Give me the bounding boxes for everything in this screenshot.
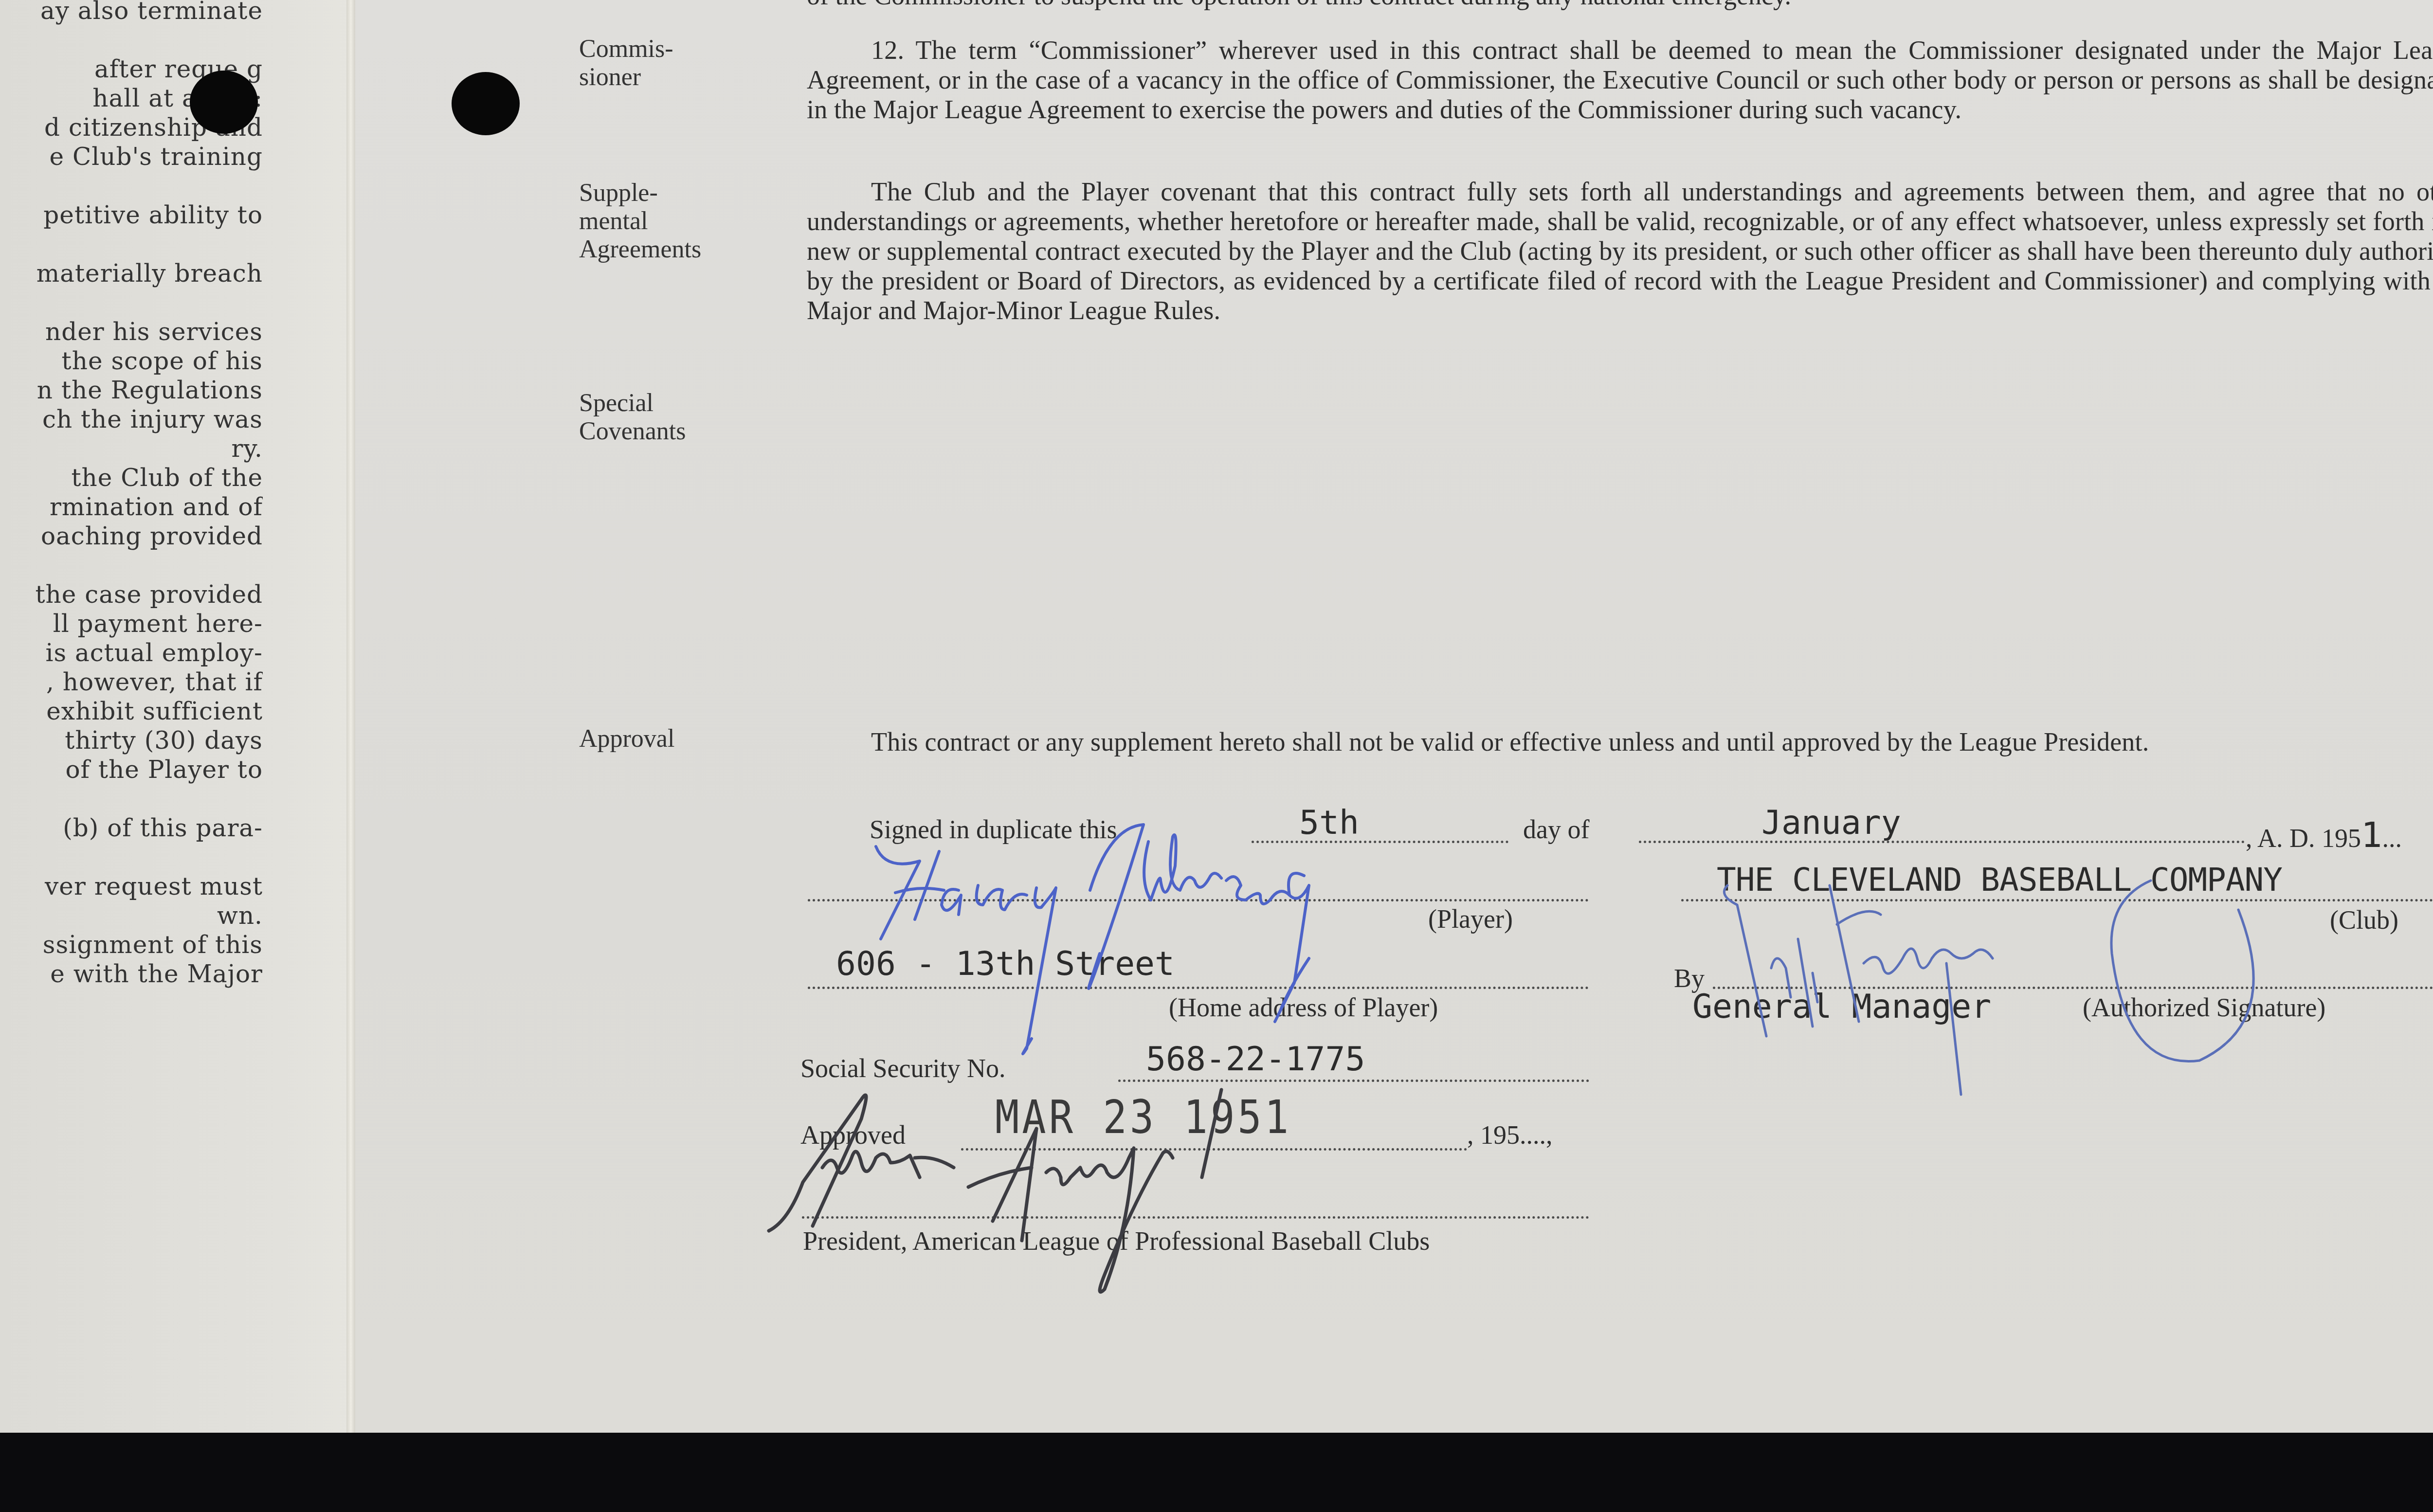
left-page-line [0,784,263,813]
left-page-line: is actual employ- [0,638,263,667]
left-page-line: the scope of his [0,346,263,376]
cut-off-line: of the Commissioner to suspend the opera… [807,0,2433,11]
left-page-line: exhibit sufficient [0,697,263,726]
label-approval: Approval [579,725,774,753]
left-page-line: nder his services [0,317,263,346]
section-commissioner: 12. The term “Commissioner” wherever use… [807,36,2433,125]
left-page-text: ay also terminate after reque ghall at a… [0,0,263,989]
left-page-line [0,25,263,54]
left-page-line: ll payment here- [0,609,263,638]
left-page-line: ver request must [0,872,263,901]
left-page: ay also terminate after reque ghall at a… [0,0,354,1433]
section-approval: This contract or any supplement hereto s… [807,727,2433,757]
left-page-line: petitive ability to [0,200,263,230]
left-page-line: ay also terminate [0,0,263,25]
background-edge-bottom [0,1433,2433,1512]
left-page-line: ssignment of this [0,930,263,959]
approved-year-suffix: , 195...., [1467,1120,1553,1150]
punch-hole-left [190,71,258,134]
left-page-line: oaching provided [0,522,263,551]
left-page-line: e with the Major [0,959,263,989]
left-page-line [0,230,263,259]
left-page-line: rmination and of [0,492,263,522]
left-page-line: the Club of the [0,463,263,492]
punch-hole-main [452,72,520,135]
left-page-line: (b) of this para- [0,813,263,843]
label-supplemental-agreements: Supple- mental Agreements [579,179,774,264]
month-line [1639,841,2245,843]
left-page-line: thirty (30) days [0,726,263,755]
left-page-line: of the Player to [0,755,263,784]
left-page-line [0,288,263,317]
left-page-line: the case provided [0,580,263,609]
ssn-label: Social Security No. [800,1053,1005,1083]
section-supplemental-agreements: The Club and the Player covenant that th… [807,177,2433,325]
ad-label: , A. D. 1951... [2246,814,2402,855]
year-digit: 1 [2361,814,2382,855]
left-page-line: e Club's training [0,142,263,171]
label-commissioner: Commis- sioner [579,35,774,91]
authorized-signature: Hank Greenberg [1713,866,2297,1080]
left-page-line: materially breach [0,259,263,288]
left-page-line [0,551,263,580]
left-page-line: ch the injury was [0,405,263,434]
player-signature: Harry Malmberg [866,808,1596,1051]
label-special-covenants: Special Covenants [579,389,774,446]
president-signature: William Harridge [764,1080,1470,1284]
left-page-line [0,171,263,200]
page-fold [346,0,355,1433]
club-caption: (Club) [2330,905,2398,935]
month-value: January [1761,804,1901,842]
left-page-line: wn. [0,901,263,930]
left-page-line: , however, that if [0,667,263,697]
ad-text: , A. D. 195 [2246,824,2361,853]
left-page-line: ry. [0,434,263,463]
left-page-line: n the Regulations [0,376,263,405]
left-page-line [0,843,263,872]
